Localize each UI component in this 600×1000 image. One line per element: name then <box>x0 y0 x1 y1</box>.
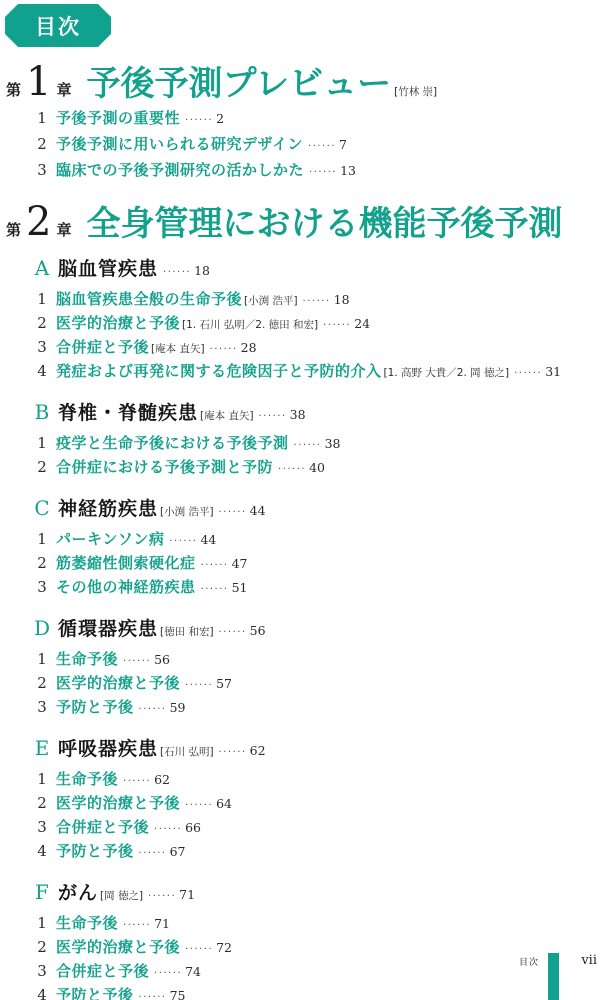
item-title: 医学的治療と予後 <box>56 793 180 814</box>
section-title: 循環器疾患 <box>58 617 158 641</box>
page-number: 31 <box>545 361 561 382</box>
footer-section-label: 目次 <box>519 955 539 968</box>
page-number: 62 <box>154 769 170 790</box>
chapter-suffix: 章 <box>56 219 71 240</box>
page-number: 74 <box>185 961 201 982</box>
toc-item: 2医学的治療と予後72 <box>6 936 596 960</box>
page-number: 62 <box>250 739 266 763</box>
item-number: 3 <box>32 577 52 598</box>
item-title: 発症および再発に関する危険因子と予防的介入 <box>56 361 382 382</box>
toc-item: 3合併症と予後66 <box>6 816 596 840</box>
chapter-header: 第2章全身管理における機能予後予測 <box>6 196 596 240</box>
item-number: 4 <box>32 361 52 382</box>
toc-item: 2予後予測に用いられる研究デザイン7 <box>6 132 596 158</box>
section-title: 脊椎・脊髄疾患 <box>58 401 198 425</box>
section-letter: F <box>32 880 52 904</box>
item-title: 生命予後 <box>56 913 118 934</box>
item-number: 2 <box>32 133 52 156</box>
page-number: 18 <box>194 259 210 283</box>
page-number: 72 <box>216 937 232 958</box>
page-number: 67 <box>170 841 186 862</box>
leader-dots <box>185 106 213 132</box>
item-title: 合併症と予後 <box>56 961 149 982</box>
item-title: その他の神経筋疾患 <box>56 577 196 598</box>
leader-dots <box>294 432 322 456</box>
chapter: 第1章予後予測プレビュー[竹林 崇]1予後予測の重要性22予後予測に用いられる研… <box>6 56 596 184</box>
leader-dots <box>323 312 351 336</box>
item-number: 1 <box>32 769 52 790</box>
item-title: 合併症と予後 <box>56 817 149 838</box>
item-number: 2 <box>32 937 52 958</box>
toc-page: 目次 第1章予後予測プレビュー[竹林 崇]1予後予測の重要性22予後予測に用いら… <box>0 0 600 1000</box>
chapter-title: 予後予測プレビュー <box>86 56 391 105</box>
toc-section: D循環器疾患[徳田 和宏]561生命予後562医学的治療と予後573予防と予後5… <box>6 616 596 720</box>
toc-item: 2合併症における予後予測と予防40 <box>6 456 596 480</box>
page-number: 57 <box>216 673 232 694</box>
page-number: 40 <box>309 457 325 478</box>
item-number: 1 <box>32 913 52 934</box>
chapter: 第2章全身管理における機能予後予測A脳血管疾患181脳血管疾患全般の生命予後[小… <box>6 196 596 1000</box>
item-number: 1 <box>32 433 52 454</box>
page-number: 47 <box>232 553 248 574</box>
item-number: 1 <box>32 289 52 310</box>
item-title: 予防と予後 <box>56 841 134 862</box>
item-number: 3 <box>32 697 52 718</box>
item-authors: [1. 石川 弘明／2. 徳田 和宏] <box>182 315 318 336</box>
toc-section: C神経筋疾患[小渕 浩平]441パーキンソン病442筋萎縮性側索硬化症473その… <box>6 496 596 600</box>
page-number: 7 <box>339 133 347 156</box>
leader-dots <box>123 768 151 792</box>
item-title: 予後予測の重要性 <box>56 107 180 130</box>
leader-dots <box>278 456 306 480</box>
item-number: 3 <box>32 961 52 982</box>
toc-section: E呼吸器疾患[石川 弘明]621生命予後622医学的治療と予後643合併症と予後… <box>6 736 596 864</box>
section-letter: A <box>32 256 52 280</box>
page-number: 75 <box>170 985 186 1000</box>
leader-dots <box>303 288 331 312</box>
leader-dots <box>139 696 167 720</box>
item-authors: [庵本 直矢] <box>151 339 205 360</box>
toc-item: 4発症および再発に関する危険因子と予防的介入[1. 高野 大貴／2. 岡 徳之]… <box>6 360 596 384</box>
page-number: 71 <box>179 883 195 907</box>
section-title: 脳血管疾患 <box>58 257 158 281</box>
leader-dots <box>219 498 247 525</box>
footer-page-number: vii <box>581 953 597 968</box>
page-number: 38 <box>290 403 306 427</box>
leader-dots <box>514 360 542 384</box>
leader-dots <box>139 840 167 864</box>
item-list: 1生命予後562医学的治療と予後573予防と予後59 <box>6 648 596 720</box>
section-title: 呼吸器疾患 <box>58 737 158 761</box>
page-number: 24 <box>354 313 370 334</box>
item-title: 医学的治療と予後 <box>56 673 180 694</box>
page-number: 51 <box>232 577 248 598</box>
chapter-authors: [竹林 崇] <box>394 84 437 99</box>
leader-dots <box>163 258 191 285</box>
toc-item: 1生命予後56 <box>6 648 596 672</box>
leader-dots <box>154 960 182 984</box>
leader-dots <box>219 738 247 765</box>
item-number: 1 <box>32 107 52 130</box>
section-header: Fがん[岡 徳之]71 <box>6 880 596 909</box>
leader-dots <box>219 618 247 645</box>
item-number: 4 <box>32 841 52 862</box>
leader-dots <box>185 672 213 696</box>
section-authors: [石川 弘明] <box>160 740 214 764</box>
item-list: 1予後予測の重要性22予後予測に用いられる研究デザイン73臨床での予後予測研究の… <box>6 106 596 184</box>
toc-item: 1予後予測の重要性2 <box>6 106 596 132</box>
toc-section: Fがん[岡 徳之]711生命予後712医学的治療と予後723合併症と予後744予… <box>6 880 596 1000</box>
item-number: 3 <box>32 817 52 838</box>
item-number: 1 <box>32 649 52 670</box>
leader-dots <box>169 528 197 552</box>
section-header: A脳血管疾患18 <box>6 256 596 285</box>
section-header: E呼吸器疾患[石川 弘明]62 <box>6 736 596 765</box>
item-list: 1生命予後622医学的治療と予後643合併症と予後664予防と予後67 <box>6 768 596 864</box>
chapter-number: 1 <box>26 62 51 102</box>
toc-item: 2医学的治療と予後[1. 石川 弘明／2. 徳田 和宏]24 <box>6 312 596 336</box>
page-number: 44 <box>250 499 266 523</box>
item-title: 合併症と予後 <box>56 337 149 358</box>
item-number: 2 <box>32 673 52 694</box>
leader-dots <box>259 402 287 429</box>
section-title: がん <box>58 881 98 905</box>
section-title: 神経筋疾患 <box>58 497 158 521</box>
toc-item: 2医学的治療と予後57 <box>6 672 596 696</box>
item-title: 生命予後 <box>56 769 118 790</box>
section-authors: [庵本 直矢] <box>200 404 254 428</box>
section-header: B脊椎・脊髄疾患[庵本 直矢]38 <box>6 400 596 429</box>
toc-item: 3予防と予後59 <box>6 696 596 720</box>
item-title: 臨床での予後予測研究の活かしかた <box>56 159 304 182</box>
item-number: 3 <box>32 159 52 182</box>
chapter-suffix: 章 <box>56 79 71 100</box>
item-authors: [1. 高野 大貴／2. 岡 徳之] <box>384 363 510 384</box>
item-list: 1パーキンソン病442筋萎縮性側索硬化症473その他の神経筋疾患51 <box>6 528 596 600</box>
item-number: 2 <box>32 313 52 334</box>
item-title: パーキンソン病 <box>56 529 164 550</box>
page-number: 13 <box>340 159 356 182</box>
section-letter: E <box>32 736 52 760</box>
leader-dots <box>123 912 151 936</box>
page-number: 2 <box>216 107 224 130</box>
toc-item: 3臨床での予後予測研究の活かしかた13 <box>6 158 596 184</box>
item-title: 予防と予後 <box>56 985 134 1000</box>
item-title: 筋萎縮性側索硬化症 <box>56 553 196 574</box>
chapter-header: 第1章予後予測プレビュー[竹林 崇] <box>6 56 596 100</box>
leader-dots <box>185 792 213 816</box>
leader-dots <box>201 576 229 600</box>
page-number: 28 <box>241 337 257 358</box>
section-authors: [岡 徳之] <box>100 884 143 908</box>
section-authors: [徳田 和宏] <box>160 620 214 644</box>
item-title: 医学的治療と予後 <box>56 937 180 958</box>
toc-item: 1脳血管疾患全般の生命予後[小渕 浩平]18 <box>6 288 596 312</box>
page-number: 56 <box>250 619 266 643</box>
item-number: 2 <box>32 793 52 814</box>
toc-item: 2医学的治療と予後64 <box>6 792 596 816</box>
toc-item: 1生命予後62 <box>6 768 596 792</box>
page-number: 71 <box>154 913 170 934</box>
section-header: D循環器疾患[徳田 和宏]56 <box>6 616 596 645</box>
toc-item: 3合併症と予後[庵本 直矢]28 <box>6 336 596 360</box>
page-number: 66 <box>185 817 201 838</box>
section-letter: C <box>32 496 52 520</box>
item-authors: [小渕 浩平] <box>244 291 298 312</box>
leader-dots <box>210 336 238 360</box>
item-list: 1生命予後712医学的治療と予後723合併症と予後744予防と予後75 <box>6 912 596 1000</box>
chapter-title: 全身管理における機能予後予測 <box>86 196 562 245</box>
toc-list: 第1章予後予測プレビュー[竹林 崇]1予後予測の重要性22予後予測に用いられる研… <box>0 0 600 1000</box>
section-header: C神経筋疾患[小渕 浩平]44 <box>6 496 596 525</box>
item-title: 合併症における予後予測と予防 <box>56 457 273 478</box>
leader-dots <box>309 158 337 184</box>
item-number: 2 <box>32 457 52 478</box>
chapter-prefix: 第 <box>6 219 21 240</box>
leader-dots <box>148 882 176 909</box>
item-title: 疫学と生命予後における予後予測 <box>56 433 289 454</box>
item-title: 生命予後 <box>56 649 118 670</box>
leader-dots <box>201 552 229 576</box>
toc-item: 1パーキンソン病44 <box>6 528 596 552</box>
item-title: 脳血管疾患全般の生命予後 <box>56 289 242 310</box>
item-number: 2 <box>32 553 52 574</box>
item-number: 3 <box>32 337 52 358</box>
leader-dots <box>123 648 151 672</box>
item-list: 1脳血管疾患全般の生命予後[小渕 浩平]182医学的治療と予後[1. 石川 弘明… <box>6 288 596 384</box>
toc-item: 3合併症と予後74 <box>6 960 596 984</box>
section-letter: D <box>32 616 52 640</box>
leader-dots <box>308 132 336 158</box>
page-number: 64 <box>216 793 232 814</box>
item-list: 1疫学と生命予後における予後予測382合併症における予後予測と予防40 <box>6 432 596 480</box>
toc-item: 2筋萎縮性側索硬化症47 <box>6 552 596 576</box>
chapter-number: 2 <box>26 202 51 242</box>
toc-item: 4予防と予後75 <box>6 984 596 1000</box>
item-title: 予防と予後 <box>56 697 134 718</box>
section-letter: B <box>32 400 52 424</box>
section-authors: [小渕 浩平] <box>160 500 214 524</box>
page-number: 38 <box>325 433 341 454</box>
toc-item: 3その他の神経筋疾患51 <box>6 576 596 600</box>
item-number: 4 <box>32 985 52 1000</box>
leader-dots <box>139 984 167 1000</box>
item-number: 1 <box>32 529 52 550</box>
toc-item: 4予防と予後67 <box>6 840 596 864</box>
page-number: 56 <box>154 649 170 670</box>
footer-accent-bar <box>548 953 559 1000</box>
page-number: 18 <box>334 289 350 310</box>
toc-item: 1疫学と生命予後における予後予測38 <box>6 432 596 456</box>
chapter-prefix: 第 <box>6 79 21 100</box>
toc-section: B脊椎・脊髄疾患[庵本 直矢]381疫学と生命予後における予後予測382合併症に… <box>6 400 596 480</box>
item-title: 医学的治療と予後 <box>56 313 180 334</box>
toc-item: 1生命予後71 <box>6 912 596 936</box>
leader-dots <box>154 816 182 840</box>
item-title: 予後予測に用いられる研究デザイン <box>56 133 303 156</box>
toc-section: A脳血管疾患181脳血管疾患全般の生命予後[小渕 浩平]182医学的治療と予後[… <box>6 256 596 384</box>
page-number: 44 <box>200 529 216 550</box>
leader-dots <box>185 936 213 960</box>
page-number: 59 <box>170 697 186 718</box>
